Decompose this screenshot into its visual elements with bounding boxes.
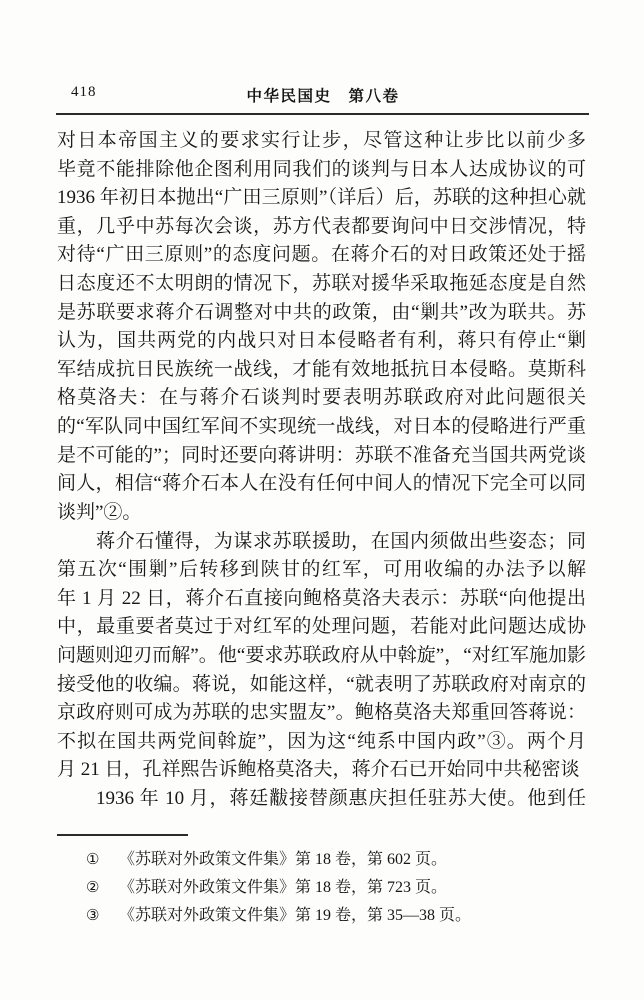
text-line: 不拟在国共两党间斡旋”，因为这“纯系中国内政”③。两个月后，即 3 xyxy=(57,728,586,757)
running-head: 418 中华民国史 第八卷 xyxy=(57,84,589,104)
footnote-item: ②《苏联对外政策文件集》第 18 卷，第 723 页。 xyxy=(86,874,586,902)
text-line: 谈判”②。 xyxy=(57,499,586,528)
book-title: 中华民国史 第八卷 xyxy=(57,84,589,106)
body-text: 对日本帝国主义的要求实行让步，尽管这种让步比以前少多了……但 毕竟不能排除他企图… xyxy=(57,127,586,814)
text-line: 是苏联要求蒋介石调整对中共的政策，由“剿共”改为联共。苏联政府 xyxy=(57,299,586,328)
footnote-text: 《苏联对外政策文件集》第 18 卷，第 602 页。 xyxy=(119,851,447,868)
text-line: 对日本帝国主义的要求实行让步，尽管这种让步比以前少多了……但 xyxy=(57,127,586,156)
text-line: 蒋介石懂得，为谋求苏联援助，在国内须做出些姿态；同时，他认为 xyxy=(57,528,586,557)
text-line: 重，几乎中苏每次会谈，苏方代表都要询问中日交涉情况，特别是南京 xyxy=(57,213,586,242)
text-line: 中，最重要者莫过于对红军的处理问题，若能对此问题达成协议，其他 xyxy=(57,613,586,642)
text-line: 接受他的收编。蒋说，如能这样，“就表明了苏联政府对南京的诚意，南 xyxy=(57,671,586,700)
text-line: 1936 年 10 月，蒋廷黻接替颜惠庆担任驻苏大使。他到任后，与苏 xyxy=(57,785,586,814)
text-line: 格莫洛夫：在与蒋介石谈判时要表明苏联政府对此问题很关切。南京 xyxy=(57,384,586,413)
footnote-marker: ③ xyxy=(86,902,108,930)
header-rule xyxy=(56,113,589,115)
book-page: 418 中华民国史 第八卷 对日本帝国主义的要求实行让步，尽管这种让步比以前少多… xyxy=(0,0,644,1000)
text-line: 第五次“围剿”后转移到陕甘的红军，可用收编的办法予以解决。1936 xyxy=(57,556,586,585)
text-line: 毕竟不能排除他企图利用同我们的谈判与日本人达成协议的可能”①。 xyxy=(57,156,586,185)
footnote-text: 《苏联对外政策文件集》第 18 卷，第 723 页。 xyxy=(119,879,447,896)
text-line: 年 1 月 22 日，蒋介石直接向鲍格莫洛夫表示：苏联“向他提出的问题 xyxy=(57,585,586,614)
footnote-item: ①《苏联对外政策文件集》第 18 卷，第 602 页。 xyxy=(86,846,586,874)
text-line: 的“军队同中国红军间不实现统一战线，对日本的侵略进行严重斗争将 xyxy=(57,413,586,442)
footnote-marker: ② xyxy=(86,874,108,902)
text-line: 间人，相信“蒋介石本人在没有任何中间人的情况下完全可以同中共 xyxy=(57,470,586,499)
text-line: 是不可能的”；同时还要向蒋讲明：苏联不准备充当国共两党谈判的中 xyxy=(57,442,586,471)
footnote-text: 《苏联对外政策文件集》第 19 卷，第 35—38 页。 xyxy=(119,907,471,924)
footnote-item: ③《苏联对外政策文件集》第 19 卷，第 35—38 页。 xyxy=(86,902,586,930)
footnote-marker: ① xyxy=(86,846,108,874)
footnotes: ①《苏联对外政策文件集》第 18 卷，第 602 页。 ②《苏联对外政策文件集》… xyxy=(86,846,586,930)
footnote-separator xyxy=(57,834,188,836)
text-line: 军结成抗日民族统一战线，才能有效地抵抗日本侵略。莫斯科指示鲍 xyxy=(57,356,586,385)
text-line: 对待“广田三原则”的态度问题。在蒋介石的对日政策还处于摇摆、对 xyxy=(57,241,586,270)
text-line: 京政府则可成为苏联的忠实盟友”。鲍格莫洛夫郑重回答蒋说：“苏联 xyxy=(57,699,586,728)
text-line: 月 21 日，孔祥熙告诉鲍格莫洛夫，蒋介石已开始同中共秘密谈判。 xyxy=(57,756,586,785)
text-line: 1936 年初日本抛出“广田三原则”（详后）后，苏联的这种担心就更为严 xyxy=(57,184,586,213)
text-line: 认为，国共两党的内战只对日本侵略者有利，蒋只有停止“剿共”，与红 xyxy=(57,327,586,356)
text-line: 日态度还不太明朗的情况下，苏联对援华采取拖延态度是自然的。二 xyxy=(57,270,586,299)
text-line: 问题则迎刃而解”。他“要求苏联政府从中斡旋”，“对红军施加影响”， xyxy=(57,642,586,671)
